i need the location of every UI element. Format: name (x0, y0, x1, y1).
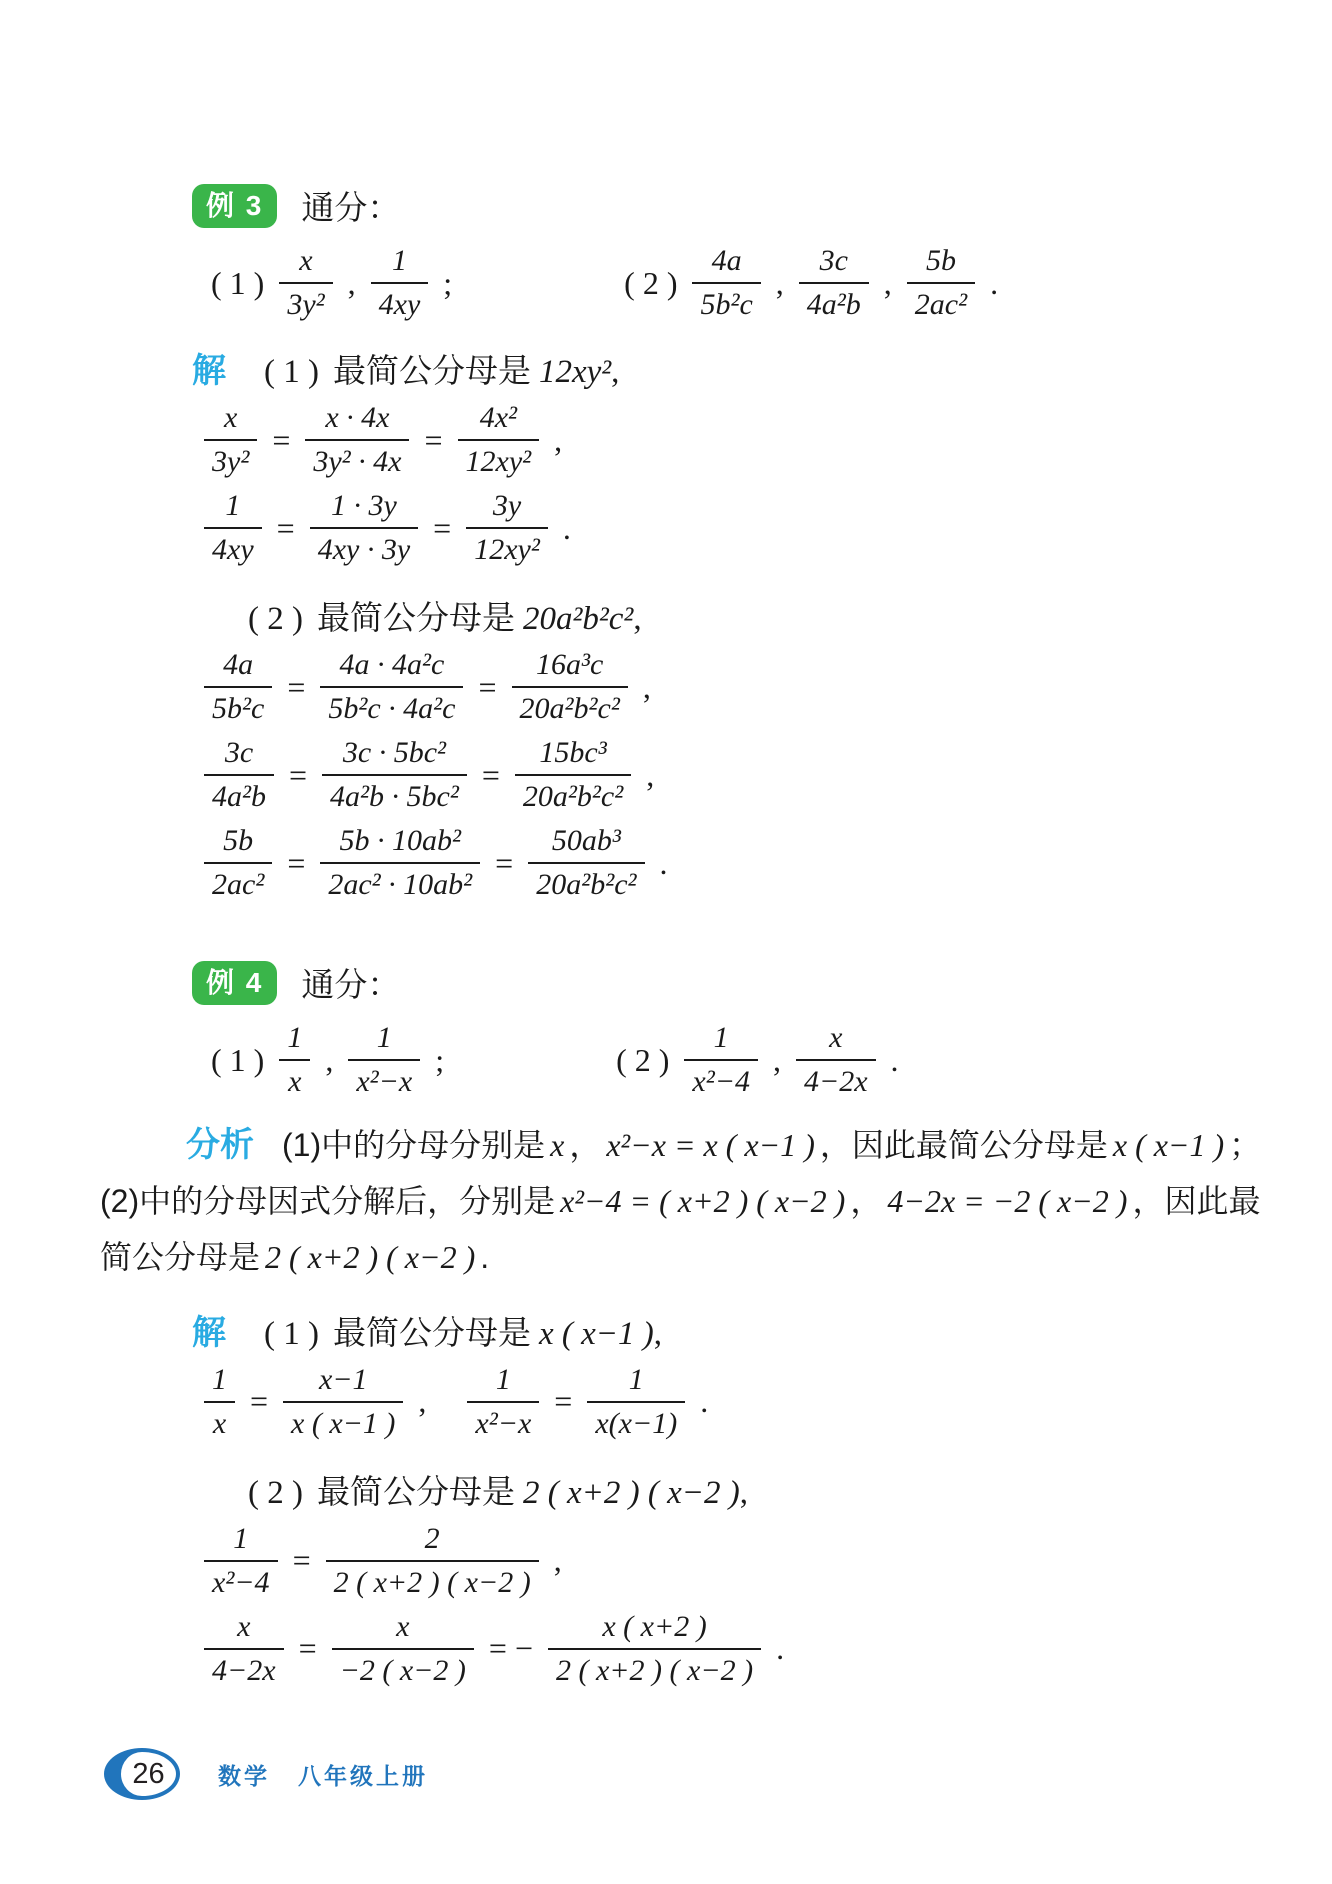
math-text: ( 2 ) (248, 1475, 303, 1511)
fraction-denominator: 5b²c (692, 284, 760, 323)
math-text: 最简公分母是 (317, 1473, 515, 1510)
analysis-label: 分析 (186, 1126, 254, 1164)
book-subject: 数学 (218, 1758, 270, 1791)
math-text: . (776, 1630, 784, 1667)
page-number-badge: 26 (104, 1748, 180, 1800)
example-3-badge: 例 3 (192, 184, 277, 228)
fraction-denominator: 4a²b (799, 284, 869, 323)
math-fraction: 16a³c20a²b²c² (512, 647, 628, 726)
fraction-denominator: 2 ( x+2 ) ( x−2 ) (326, 1562, 539, 1601)
math-text: = (293, 1542, 311, 1579)
equation-line: 1x²−4=22 ( x+2 ) ( x−2 ), (200, 1521, 1272, 1601)
math-text: ; (435, 1042, 444, 1079)
math-text: . (660, 845, 668, 882)
equation-chain: 1x=x−1x ( x−1 ), (200, 1362, 437, 1441)
fraction-denominator: 20a²b²c² (528, 864, 644, 903)
math-text: ( 1 ) (264, 354, 319, 390)
equation-line: 5b2ac²=5b · 10ab²2ac² · 10ab²=50ab³20a²b… (200, 823, 1272, 903)
fraction-denominator: 5b²c · 4a²c (320, 688, 463, 727)
example-4-title: 通分： (301, 959, 400, 1006)
fraction-denominator: 12xy² (458, 441, 540, 480)
math-text: = (424, 422, 442, 459)
math-fraction: 22 ( x+2 ) ( x−2 ) (326, 1521, 539, 1600)
math-fraction: 3c · 5bc²4a²b · 5bc² (322, 735, 467, 814)
math-text: = (495, 845, 513, 882)
fraction-numerator: x (796, 1020, 876, 1061)
math-text: = (287, 669, 305, 706)
fraction-denominator: 2 ( x+2 ) ( x−2 ) (548, 1650, 761, 1689)
fraction-denominator: 4xy (204, 529, 262, 568)
fraction-denominator: x²−4 (204, 1562, 278, 1601)
solution-label: 解 (192, 1314, 226, 1352)
math-text: ， (850, 1183, 882, 1219)
fraction-denominator: −2 ( x−2 ) (332, 1650, 474, 1689)
math-text: ( 1 ) (211, 1042, 264, 1079)
equation-line: 14xy=1 · 3y4xy · 3y=3y12xy². (200, 488, 1272, 568)
equation-chain: 1x²−x=1x(x−1). (463, 1362, 719, 1441)
fraction-denominator: 3y² (204, 441, 257, 480)
problem-2-group: ( 2 )4a5b²c,3c4a²b,5b2ac². (613, 243, 1009, 322)
fraction-denominator: 2ac² · 10ab² (320, 864, 480, 903)
math-text: = − (489, 1630, 533, 1667)
fraction-numerator: 50ab³ (528, 823, 644, 864)
math-fraction: 3y12xy² (466, 488, 548, 567)
math-fraction: 14xy (371, 243, 429, 322)
example-3-solution-part2: ( 2 )最简公分母是20a²b²c², (248, 592, 1272, 639)
math-fraction: 50ab³20a²b²c² (528, 823, 644, 902)
math-text: . (990, 265, 998, 302)
fraction-numerator: 1 (204, 488, 262, 529)
equation-line: 3c4a²b=3c · 5bc²4a²b · 5bc²=15bc³20a²b²c… (200, 735, 1272, 815)
math-text: = (277, 510, 295, 547)
math-fraction: 1x²−4 (684, 1020, 758, 1099)
problem-2-group: ( 2 )1x²−4,x4−2x. (605, 1020, 909, 1099)
math-text: x ( x−1 ) (1113, 1127, 1224, 1163)
math-fraction: 1 · 3y4xy · 3y (310, 488, 418, 567)
fraction-denominator: 4xy (371, 284, 429, 323)
analysis-paragraph: 分析(1)中的分母分别是x，x²−x = x ( x−1 )，因此最简公分母是x… (100, 1116, 1264, 1285)
math-fraction: x4−2x (796, 1020, 876, 1099)
fraction-denominator: 4a²b · 5bc² (322, 776, 467, 815)
fraction-numerator: 3y (466, 488, 548, 529)
equation-line: 1x=x−1x ( x−1 ), 1x²−x=1x(x−1). (200, 1362, 1272, 1442)
fraction-numerator: 16a³c (512, 647, 628, 688)
math-fraction: 3c4a²b (799, 243, 869, 322)
fraction-numerator: x (204, 400, 257, 441)
math-fraction: 4x²12xy² (458, 400, 540, 479)
math-text: = (299, 1630, 317, 1667)
fraction-denominator: 20a²b²c² (515, 776, 631, 815)
math-fraction: 5b2ac² (204, 823, 272, 902)
math-text: ; (443, 265, 452, 302)
example-3-section: 例 3 通分： ( 1 )x3y²,14xy; ( 2 )4a5b²c,3c4a… (192, 182, 1272, 903)
fraction-numerator: 2 (326, 1521, 539, 1562)
math-text: = (289, 757, 307, 794)
math-fraction: 4a · 4a²c5b²c · 4a²c (320, 647, 463, 726)
fraction-numerator: 3c (204, 735, 274, 776)
equation-line: 4a5b²c=4a · 4a²c5b²c · 4a²c=16a³c20a²b²c… (200, 647, 1272, 727)
math-fraction: 14xy (204, 488, 262, 567)
fraction-denominator: 4a²b (204, 776, 274, 815)
math-text: = (433, 510, 451, 547)
fraction-numerator: 5b · 10ab² (320, 823, 480, 864)
math-fraction: 5b · 10ab²2ac² · 10ab² (320, 823, 480, 902)
math-text: ( 2 ) (248, 601, 303, 637)
fraction-numerator: x · 4x (305, 400, 409, 441)
fraction-denominator: 3y² · 4x (305, 441, 409, 480)
math-fraction: 1x(x−1) (587, 1362, 685, 1441)
math-text: , (611, 354, 619, 390)
fraction-numerator: x−1 (283, 1362, 403, 1403)
math-text: ( 1 ) (264, 1316, 319, 1352)
equation-line: x4−2x=x−2 ( x−2 )= −x ( x+2 )2 ( x+2 ) (… (200, 1609, 1272, 1689)
math-text: , (776, 265, 784, 302)
problem-1-group: ( 1 )x3y²,14xy; (200, 243, 463, 322)
math-text: , (646, 757, 654, 794)
math-text: 4−2x = −2 ( x−2 ) (887, 1183, 1127, 1219)
fraction-numerator: 5b (907, 243, 975, 284)
fraction-numerator: 1 (587, 1362, 685, 1403)
fraction-numerator: 1 (684, 1020, 758, 1061)
math-text: 20a²b²c² (523, 601, 633, 637)
fraction-numerator: 15bc³ (515, 735, 631, 776)
fraction-denominator: 2ac² (204, 864, 272, 903)
math-text: x²−4 = ( x+2 ) ( x−2 ) (560, 1183, 845, 1219)
math-text: = (482, 757, 500, 794)
math-text: 最简公分母是 (333, 352, 531, 389)
fraction-numerator: x ( x+2 ) (548, 1609, 761, 1650)
math-text: 12xy² (539, 354, 611, 390)
solution-label: 解 (192, 352, 226, 390)
math-text: 2 ( x+2 ) ( x−2 ) (265, 1239, 475, 1275)
math-text: , (633, 601, 641, 637)
math-text: ( 2 ) (624, 265, 677, 302)
fraction-numerator: 3c · 5bc² (322, 735, 467, 776)
math-text: 2 ( x+2 ) ( x−2 ) (523, 1475, 740, 1511)
math-text: , (554, 422, 562, 459)
example-4-solution-part2: ( 2 )最简公分母是2 ( x+2 ) ( x−2 ), (248, 1466, 1272, 1513)
fraction-denominator: 2ac² (907, 284, 975, 323)
math-fraction: 1x (279, 1020, 310, 1099)
example-3-problems: ( 1 )x3y²,14xy; ( 2 )4a5b²c,3c4a²b,5b2ac… (200, 243, 1272, 323)
example-3-title: 通分： (301, 182, 400, 229)
fraction-denominator: x²−x (467, 1403, 539, 1442)
fraction-denominator: 20a²b²c² (512, 688, 628, 727)
math-text: , (773, 1042, 781, 1079)
math-fraction: x−1x ( x−1 ) (283, 1362, 403, 1441)
fraction-numerator: 4x² (458, 400, 540, 441)
book-volume: 八年级上册 (298, 1758, 428, 1791)
fraction-denominator: x (279, 1061, 310, 1100)
analysis-text: (1)中的分母分别是x，x²−x = x ( x−1 )，因此最简公分母是x (… (100, 1127, 1261, 1275)
equation-line: x3y²=x · 4x3y² · 4x=4x²12xy², (200, 400, 1272, 480)
math-fraction: x ( x+2 )2 ( x+2 ) ( x−2 ) (548, 1609, 761, 1688)
math-text: ，因此最简公分母是 (820, 1127, 1108, 1163)
math-text: = (478, 669, 496, 706)
fraction-numerator: 1 (467, 1362, 539, 1403)
solution-intro-text: ( 1 )最简公分母是x ( x−1 ), (264, 1316, 668, 1352)
math-text: ( 1 ) (211, 265, 264, 302)
math-text: 最简公分母是 (317, 599, 515, 636)
math-text: x (550, 1127, 564, 1163)
math-text: . (563, 510, 571, 547)
page-content: 例 3 通分： ( 1 )x3y²,14xy; ( 2 )4a5b²c,3c4a… (0, 0, 1332, 1689)
math-fraction: 1x²−x (348, 1020, 420, 1099)
math-text: , (884, 265, 892, 302)
fraction-denominator: 4−2x (796, 1061, 876, 1100)
fraction-numerator: 1 (204, 1521, 278, 1562)
example-4-header: 例 4 通分： (192, 959, 1272, 1006)
math-text: ( 2 ) (616, 1042, 669, 1079)
book-title: 数学 八年级上册 (218, 1758, 428, 1791)
example-4-section: 例 4 通分： ( 1 )1x,1x²−x; ( 2 )1x²−4,x4−2x.… (192, 959, 1272, 1689)
math-text: , (348, 265, 356, 302)
fraction-numerator: 3c (799, 243, 869, 284)
math-fraction: 15bc³20a²b²c² (515, 735, 631, 814)
fraction-numerator: x (332, 1609, 474, 1650)
example-3-solution-intro: 解( 1 )最简公分母是12xy², (192, 343, 1272, 392)
math-fraction: 4a5b²c (692, 243, 760, 322)
fraction-denominator: 12xy² (466, 529, 548, 568)
math-fraction: 4a5b²c (204, 647, 272, 726)
math-text: , (325, 1042, 333, 1079)
math-text: x²−x = x ( x−1 ) (606, 1127, 815, 1163)
math-fraction: x3y² (279, 243, 332, 322)
solution-intro-text: ( 1 )最简公分母是12xy², (264, 354, 625, 390)
math-fraction: 3c4a²b (204, 735, 274, 814)
fraction-denominator: x (204, 1403, 235, 1442)
example-4-badge: 例 4 (192, 961, 277, 1005)
fraction-numerator: 1 (371, 243, 429, 284)
math-text: . (700, 1383, 708, 1420)
fraction-numerator: 4a (204, 647, 272, 688)
math-text: . (480, 1239, 489, 1275)
math-text: , (740, 1475, 748, 1511)
math-text: , (418, 1383, 426, 1420)
fraction-denominator: 4−2x (204, 1650, 284, 1689)
math-text: , (554, 1542, 562, 1579)
example-4-problems: ( 1 )1x,1x²−x; ( 2 )1x²−4,x4−2x. (200, 1020, 1272, 1100)
fraction-denominator: x ( x−1 ) (283, 1403, 403, 1442)
math-text: x ( x−1 ) (539, 1316, 654, 1352)
math-text: = (272, 422, 290, 459)
math-text: , (643, 669, 651, 706)
math-text: 最简公分母是 (333, 1314, 531, 1351)
math-text: (1)中的分母分别是 (282, 1127, 545, 1163)
fraction-denominator: 5b²c (204, 688, 272, 727)
fraction-numerator: x (279, 243, 332, 284)
math-text: . (891, 1042, 899, 1079)
math-fraction: 1x²−4 (204, 1521, 278, 1600)
fraction-numerator: 1 (279, 1020, 310, 1061)
math-fraction: x · 4x3y² · 4x (305, 400, 409, 479)
math-text: , (654, 1316, 662, 1352)
fraction-numerator: 4a (692, 243, 760, 284)
math-text: = (250, 1383, 268, 1420)
fraction-numerator: x (204, 1609, 284, 1650)
math-text: = (287, 845, 305, 882)
math-fraction: x−2 ( x−2 ) (332, 1609, 474, 1688)
problem-1-group: ( 1 )1x,1x²−x; (200, 1020, 455, 1099)
page-footer: 26 数学 八年级上册 (104, 1748, 428, 1800)
fraction-denominator: x(x−1) (587, 1403, 685, 1442)
fraction-denominator: x²−x (348, 1061, 420, 1100)
textbook-page: 例 3 通分： ( 1 )x3y²,14xy; ( 2 )4a5b²c,3c4a… (0, 0, 1332, 1884)
math-text: = (554, 1383, 572, 1420)
fraction-numerator: 1 (348, 1020, 420, 1061)
example-3-header: 例 3 通分： (192, 182, 1272, 229)
math-fraction: 5b2ac² (907, 243, 975, 322)
fraction-numerator: 4a · 4a²c (320, 647, 463, 688)
math-fraction: x4−2x (204, 1609, 284, 1688)
fraction-denominator: 4xy · 3y (310, 529, 418, 568)
math-fraction: 1x (204, 1362, 235, 1441)
fraction-denominator: x²−4 (684, 1061, 758, 1100)
fraction-numerator: 1 (204, 1362, 235, 1403)
fraction-numerator: 5b (204, 823, 272, 864)
example-4-solution-intro: 解( 1 )最简公分母是x ( x−1 ), (192, 1305, 1272, 1354)
math-fraction: x3y² (204, 400, 257, 479)
fraction-denominator: 3y² (279, 284, 332, 323)
page-number: 26 (132, 1758, 164, 1791)
math-text: ， (569, 1127, 601, 1163)
math-fraction: 1x²−x (467, 1362, 539, 1441)
fraction-numerator: 1 · 3y (310, 488, 418, 529)
